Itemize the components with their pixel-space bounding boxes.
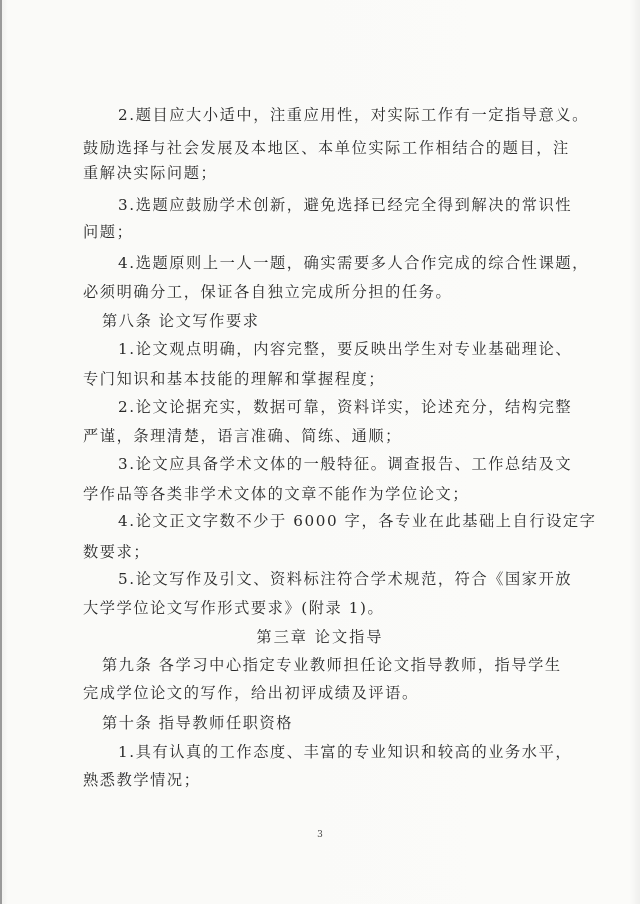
paragraph-line: 1.论文观点明确，内容完整，要反映出学生对专业基础理论、 xyxy=(118,339,572,359)
paragraph-line: 专门知识和基本技能的理解和掌握程度； xyxy=(83,369,385,389)
scan-edge xyxy=(0,0,2,904)
paragraph-line: 4.选题原则上一人一题，确实需要多人合作完成的综合性课题， xyxy=(118,253,589,273)
paragraph-line: 数要求； xyxy=(83,542,150,562)
article-heading: 第九条 各学习中心指定专业教师担任论文指导教师，指导学生 xyxy=(102,655,562,675)
page-number: 3 xyxy=(0,830,640,840)
paragraph-line: 3.选题应鼓励学术创新，避免选择已经完全得到解决的常识性 xyxy=(118,195,572,215)
paragraph-line: 必须明确分工，保证各自独立完成所分担的任务。 xyxy=(83,282,452,302)
paragraph-line: 学作品等各类非学术文体的文章不能作为学位论文； xyxy=(83,484,469,504)
paragraph-line: 完成学位论文的写作，给出初评成绩及评语。 xyxy=(83,683,419,703)
paragraph-line: 2.论文论据充实，数据可靠，资料详实，论述充分，结构完整 xyxy=(118,397,572,417)
paragraph-line: 2.题目应大小适中，注重应用性，对实际工作有一定指导意义。 xyxy=(118,105,589,125)
paragraph-line: 严谨，条理清楚，语言准确、简练、通顺； xyxy=(83,426,402,446)
document-page: 2.题目应大小适中，注重应用性，对实际工作有一定指导意义。 鼓励选择与社会发展及… xyxy=(0,0,640,904)
paragraph-line: 鼓励选择与社会发展及本地区、本单位实际工作相结合的题目，注 xyxy=(83,138,570,158)
paragraph-line: 熟悉教学情况； xyxy=(83,770,201,790)
paragraph-line: 1.具有认真的工作态度、丰富的专业知识和较高的业务水平， xyxy=(118,742,572,762)
article-heading: 第十条 指导教师任职资格 xyxy=(102,713,293,733)
paragraph-line: 重解决实际问题； xyxy=(83,163,217,183)
chapter-title: 第三章 论文指导 xyxy=(0,627,640,647)
paragraph-line: 4.论文正文字数不少于 6000 字，各专业在此基础上自行设定字 xyxy=(118,511,597,531)
paragraph-line: 问题； xyxy=(83,222,133,242)
paragraph-line: 3.论文应具备学术文体的一般特征。调查报告、工作总结及文 xyxy=(118,454,572,474)
article-heading: 第八条 论文写作要求 xyxy=(102,311,260,331)
paragraph-line: 大学学位论文写作形式要求》(附录 1)。 xyxy=(83,598,384,618)
paragraph-line: 5.论文写作及引文、资料标注符合学术规范，符合《国家开放 xyxy=(118,569,572,589)
